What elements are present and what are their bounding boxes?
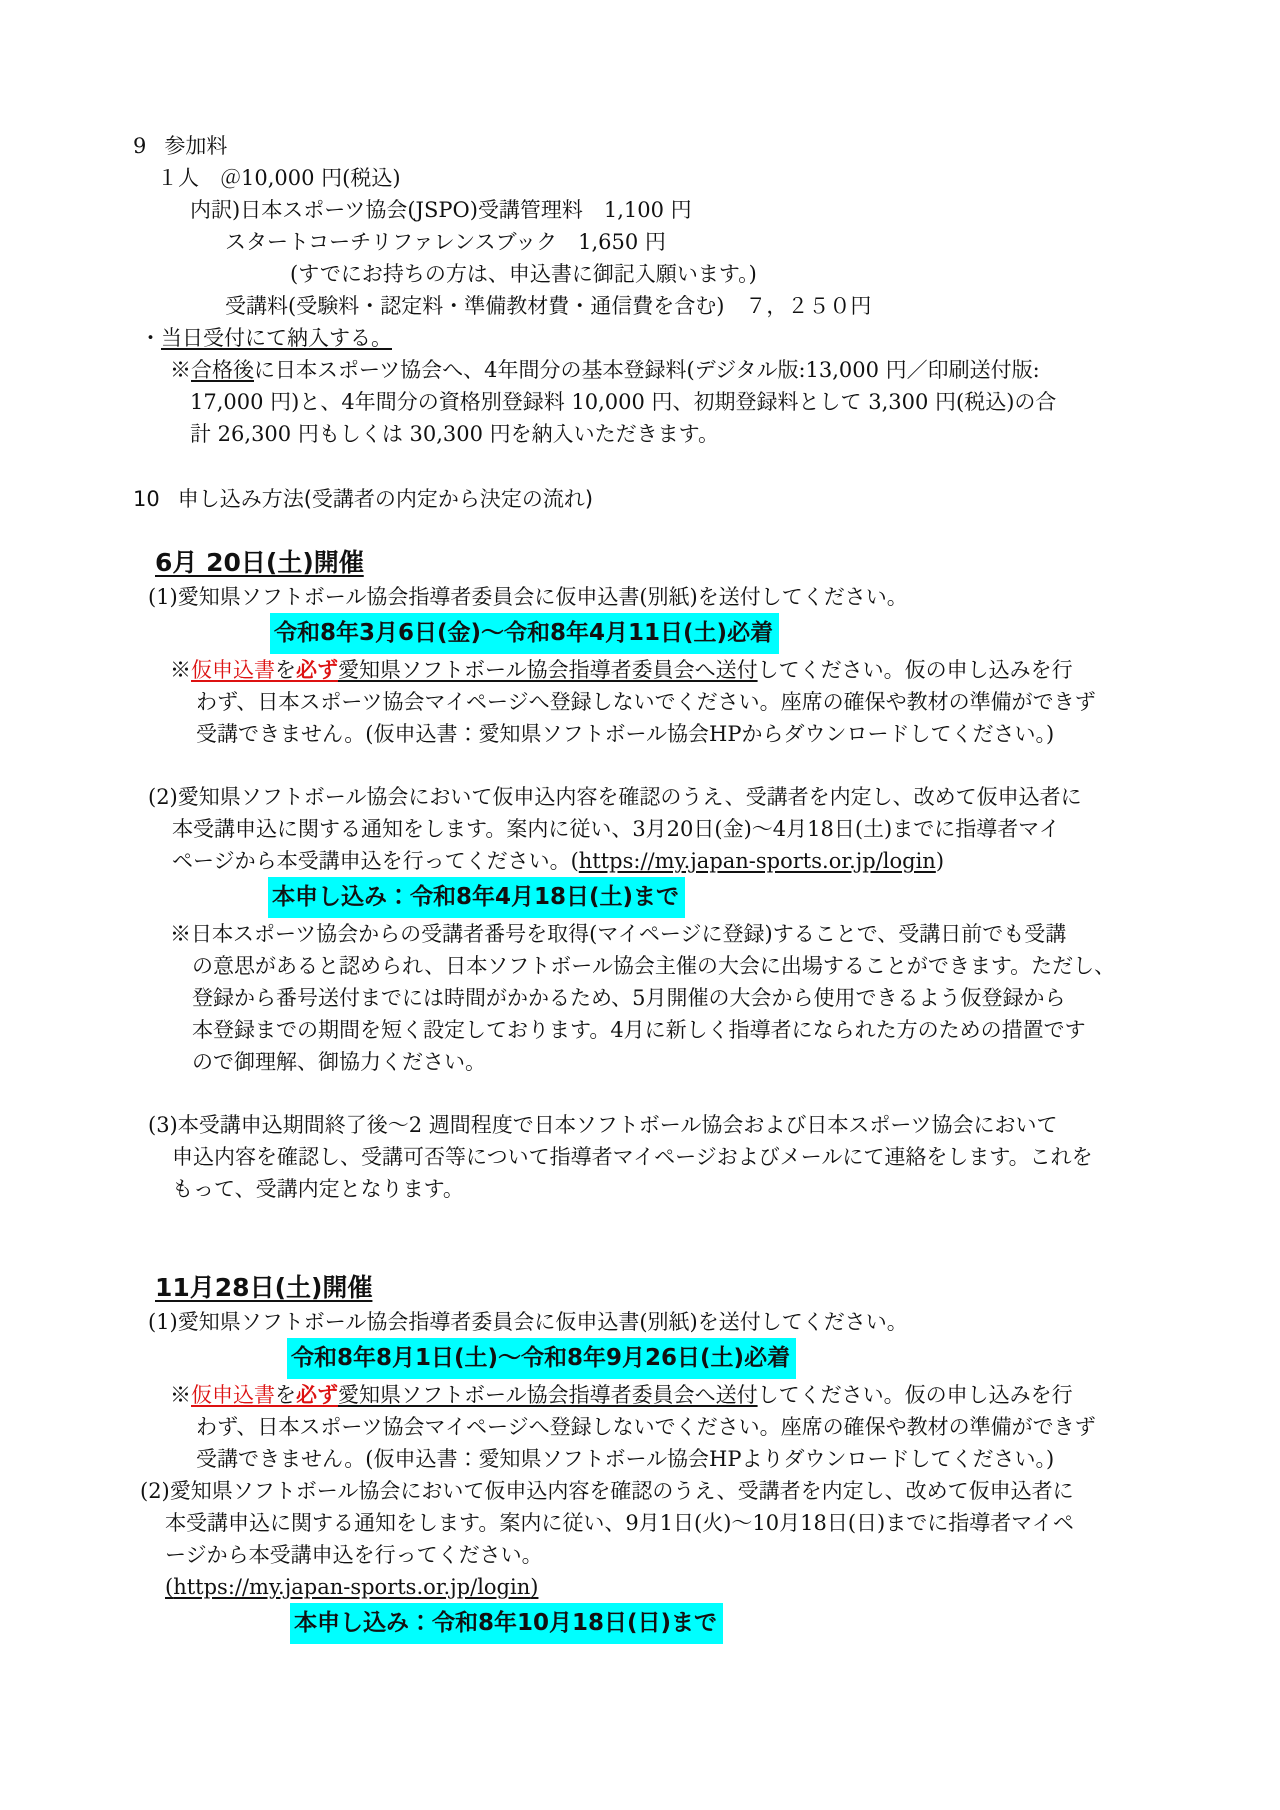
payment-bullet: ・ bbox=[140, 326, 161, 350]
june-step3-line-1: (3)本受講申込期間終了後～2 週間程度で日本ソフトボール協会および日本スポーツ… bbox=[148, 1109, 1224, 1141]
june-warning-line-2: わず、日本スポーツ協会マイページへ登録しないでください。座席の確保や教材の準備が… bbox=[196, 686, 1224, 718]
november-deadline1-row: 令和8年8月1日(土)～令和8年9月26日(土)必着 bbox=[287, 1338, 1224, 1379]
jspo-login-url[interactable]: https://my.japan-sports.or.jp/login bbox=[579, 849, 936, 873]
june-note-text-1: 日本スポーツ協会からの受講者番号を取得(マイページに登録)することで、受講日前で… bbox=[191, 922, 1066, 946]
registration-note-line-2: 17,000 円)と、4年間分の資格別登録料 10,000 円、初期登録料として… bbox=[190, 386, 1224, 418]
november-warning-must: 必ず bbox=[296, 1383, 338, 1407]
section10-heading: 10申し込み方法(受講者の内定から決定の流れ) bbox=[133, 483, 1224, 515]
payment-text: 当日受付にて納入する。 bbox=[161, 326, 392, 350]
june-warning-line-1: ※仮申込書を必ず愛知県ソフトボール協会指導者委員会へ送付してください。仮の申し込… bbox=[170, 654, 1224, 686]
june-note-mark: ※ bbox=[170, 922, 191, 946]
june-warning-must: 必ず bbox=[296, 658, 338, 682]
document-page: 9参加料 １人 ＠10,000 円(税込) 内訳)日本スポーツ協会(JSPO)受… bbox=[0, 0, 1280, 1810]
document-content: 9参加料 １人 ＠10,000 円(税込) 内訳)日本スポーツ協会(JSPO)受… bbox=[0, 0, 1280, 1644]
november-warning-underlined: 愛知県ソフトボール協会指導者委員会へ送付 bbox=[338, 1383, 758, 1407]
november-warning-rest: してください。仮の申し込みを行 bbox=[758, 1383, 1073, 1407]
june-note-line-2: の意思があると認められ、日本ソフトボール協会主催の大会に出場することができます。… bbox=[192, 950, 1224, 982]
june-deadline1-highlight: 令和8年3月6日(金)～令和8年4月11日(土)必着 bbox=[270, 613, 779, 654]
june-deadline2-highlight: 本申し込み：令和8年4月18日(土)まで bbox=[268, 877, 685, 918]
june-warning-red-form: 仮申込書 bbox=[191, 658, 275, 682]
june-session-heading: 6月 20日(土)開催 bbox=[155, 548, 364, 577]
june-step2-post: ) bbox=[936, 849, 944, 873]
november-warning-line-2: わず、日本スポーツ協会マイページへ登録しないでください。座席の確保や教材の準備が… bbox=[196, 1411, 1224, 1443]
june-step3-line-3: もって、受講内定となります。 bbox=[172, 1173, 1224, 1205]
june-step2-line-2: 本受講申込に関する通知をします。案内に従い、3月20日(金)～4月18日(土)ま… bbox=[172, 813, 1224, 845]
course-fee-line: 受講料(受験料・認定料・準備教材費・通信費を含む) ７，２５０円 bbox=[225, 290, 1224, 322]
june-note-line-4: 本登録までの期間を短く設定しております。4月に新しく指導者になられた方のための措… bbox=[192, 1014, 1224, 1046]
june-warning-underlined: 愛知県ソフトボール協会指導者委員会へ送付 bbox=[338, 658, 758, 682]
november-warning-line-1: ※仮申込書を必ず愛知県ソフトボール協会指導者委員会へ送付してください。仮の申し込… bbox=[170, 1379, 1224, 1411]
payment-line: ・当日受付にて納入する。 bbox=[140, 322, 1224, 354]
june-deadline2-row: 本申し込み：令和8年4月18日(土)まで bbox=[268, 877, 1224, 918]
section10-number: 10 bbox=[133, 483, 160, 515]
june-warning-joint: を bbox=[275, 658, 296, 682]
june-step2-pre: ページから本受講申込を行ってください。( bbox=[172, 849, 579, 873]
june-warning-mark: ※ bbox=[170, 658, 191, 682]
june-step3-line-2: 申込内容を確認し、受講可否等について指導者マイページおよびメールにて連絡をします… bbox=[172, 1141, 1224, 1173]
june-warning-rest: してください。仮の申し込みを行 bbox=[758, 658, 1073, 682]
november-deadline2-highlight: 本申し込み：令和8年10月18日(日)まで bbox=[290, 1603, 723, 1644]
june-warning-line-3: 受講できません。(仮申込書：愛知県ソフトボール協会HPからダウンロードしてくださ… bbox=[196, 718, 1224, 750]
november-deadline2-row: 本申し込み：令和8年10月18日(日)まで bbox=[290, 1603, 1224, 1644]
june-step2-line-1: (2)愛知県ソフトボール協会において仮申込内容を確認のうえ、受講者を内定し、改め… bbox=[148, 781, 1224, 813]
june-step1-line: (1)愛知県ソフトボール協会指導者委員会に仮申込書(別紙)を送付してください。 bbox=[148, 581, 1224, 613]
november-session-block-heading: 11月28日(土)開催 bbox=[155, 1270, 1224, 1306]
november-warning-line-3: 受講できません。(仮申込書：愛知県ソフトボール協会HPよりダウンロードしてくださ… bbox=[196, 1443, 1224, 1475]
june-note-line-1: ※日本スポーツ協会からの受講者番号を取得(マイページに登録)することで、受講日前… bbox=[170, 918, 1224, 950]
after-pass-text: 合格後 bbox=[191, 358, 254, 382]
fee-breakdown-line: 内訳)日本スポーツ協会(JSPO)受講管理料 1,100 円 bbox=[190, 194, 1224, 226]
november-step1-line: (1)愛知県ソフトボール協会指導者委員会に仮申込書(別紙)を送付してください。 bbox=[148, 1306, 1224, 1338]
section9-number: 9 bbox=[133, 130, 146, 162]
november-warning-joint: を bbox=[275, 1383, 296, 1407]
section9-title: 参加料 bbox=[164, 134, 227, 158]
november-url-line: (https://my.japan-sports.or.jp/login) bbox=[165, 1571, 1224, 1603]
june-step2-line-3: ページから本受講申込を行ってください。(https://my.japan-spo… bbox=[172, 845, 1224, 877]
reference-book-line: スタートコーチリファレンスブック 1,650 円 bbox=[225, 226, 1224, 258]
november-step2-line-3: ージから本受講申込を行ってください。 bbox=[165, 1539, 1224, 1571]
june-note-line-5: ので御理解、御協力ください。 bbox=[192, 1046, 1224, 1078]
june-session-block-heading: 6月 20日(土)開催 bbox=[155, 545, 1224, 581]
jspo-login-url-2[interactable]: https://my.japan-sports.or.jp/login bbox=[173, 1575, 530, 1599]
url-open-paren: ( bbox=[165, 1575, 173, 1599]
book-note-line: (すでにお持ちの方は、申込書に御記入願います。) bbox=[290, 258, 1224, 290]
november-step2-line-1: (2)愛知県ソフトボール協会において仮申込内容を確認のうえ、受講者を内定し、改め… bbox=[140, 1475, 1224, 1507]
june-deadline1-row: 令和8年3月6日(金)～令和8年4月11日(土)必着 bbox=[270, 613, 1224, 654]
note-mark: ※ bbox=[170, 358, 191, 382]
registration-note-text-1: に日本スポーツ協会へ、4年間分の基本登録料(デジタル版:13,000 円／印刷送… bbox=[254, 358, 1040, 382]
november-step2-line-2: 本受講申込に関する通知をします。案内に従い、9月1日(火)～10月18日(日)ま… bbox=[165, 1507, 1224, 1539]
section10-title: 申し込み方法(受講者の内定から決定の流れ) bbox=[178, 487, 593, 511]
url-close-paren: ) bbox=[530, 1575, 538, 1599]
june-note-line-3: 登録から番号送付までには時間がかかるため、5月開催の大会から使用できるよう仮登録… bbox=[192, 982, 1224, 1014]
registration-note-line-3: 計 26,300 円もしくは 30,300 円を納入いただきます。 bbox=[190, 418, 1224, 450]
november-deadline1-highlight: 令和8年8月1日(土)～令和8年9月26日(土)必着 bbox=[287, 1338, 796, 1379]
section9-heading: 9参加料 bbox=[133, 130, 1224, 162]
november-warning-mark: ※ bbox=[170, 1383, 191, 1407]
november-session-heading: 11月28日(土)開催 bbox=[155, 1273, 372, 1302]
price-line: １人 ＠10,000 円(税込) bbox=[157, 162, 1224, 194]
registration-note-line-1: ※合格後に日本スポーツ協会へ、4年間分の基本登録料(デジタル版:13,000 円… bbox=[170, 354, 1224, 386]
november-warning-red-form: 仮申込書 bbox=[191, 1383, 275, 1407]
